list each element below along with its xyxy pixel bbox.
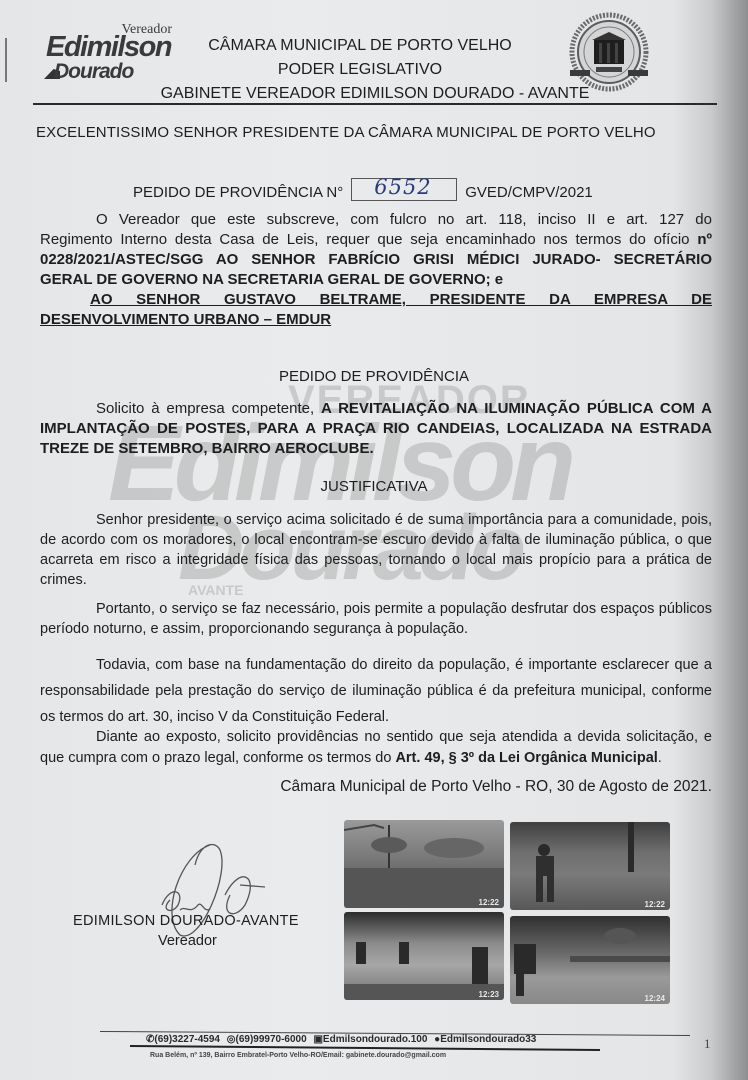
paragraph-line: de acordo com os moradores, o local enco… (40, 530, 712, 550)
justification-paragraph-1: Senhor presidente, o serviço acima solic… (40, 510, 712, 590)
paragraph-line: Senhor presidente, o serviço acima solic… (40, 510, 712, 530)
addressee: EXCELENTISSIMO SENHOR PRESIDENTE DA CÂMA… (36, 124, 656, 141)
photo-man-in-park: 12:22 (510, 822, 670, 910)
logo-name2: Dourado (54, 60, 133, 84)
intro-line: O Vereador que este subscreve, com fulcr… (40, 210, 712, 230)
section-title-justificativa: JUSTIFICATIVA (0, 478, 748, 495)
request-number: 6552 (374, 175, 431, 199)
footer-divider-2 (130, 1045, 600, 1051)
intro-line-underlined: AO SENHOR GUSTAVO BELTRAME, PRESIDENTE D… (90, 291, 712, 308)
request-label: PEDIDO DE PROVIDÊNCIA N° (133, 184, 343, 201)
date-line: Câmara Municipal de Porto Velho - RO, 30… (280, 778, 712, 796)
paragraph-line: responsabilidade pela prestação do servi… (40, 678, 712, 704)
closing-paragraph: Diante ao exposto, solicito providências… (40, 727, 712, 769)
photo-timestamp: 12:23 (479, 990, 499, 999)
scan-edge-mark (5, 38, 7, 82)
paragraph-line: que cumpra com o prazo legal, conforme o… (40, 748, 712, 769)
request-suffix: GVED/CMPV/2021 (465, 184, 593, 201)
footer-contacts: ✆(69)3227-4594 ◎(69)99970-6000 ▣Edmilson… (146, 1034, 536, 1045)
justification-paragraph-3: Todavia, com base na fundamentação do di… (40, 652, 712, 730)
paragraph-line: Diante ao exposto, solicito providências… (40, 727, 712, 748)
pedido-line: TREZE DE SETEMBRO, BAIRRO AEROCLUBE. (40, 439, 712, 459)
document-page: Vereador Edimilson Dourado CÂMARA MUNICI… (0, 0, 748, 1080)
header-legislative: PODER LEGISLATIVO (130, 61, 590, 79)
paragraph-line: acarreta em risco a integridade física d… (40, 550, 712, 570)
intro-line: 0228/2021/ASTEC/SGG AO SENHOR FABRÍCIO G… (40, 250, 712, 270)
paragraph-line: Portanto, o serviço se faz necessário, p… (40, 599, 712, 619)
intro-line: Regimento Interno desta Casa de Leis, re… (40, 230, 712, 250)
photo-park-daytime: 12:22 (344, 820, 504, 908)
header-office: GABINETE VEREADOR EDIMILSON DOURADO - AV… (150, 85, 600, 103)
photo-sports-field: 12:24 (510, 916, 670, 1004)
intro-line: GERAL DE GOVERNO NA SECRETARIA GERAL DE … (40, 270, 712, 290)
photo-timestamp: 12:24 (645, 994, 665, 1003)
footer-whatsapp: (69)99970-6000 (236, 1034, 307, 1045)
closing-end: . (658, 750, 662, 766)
people-scene-icon (344, 912, 504, 1000)
photo-people-field: 12:23 (344, 912, 504, 1000)
pedido-line: Solicito à empresa competente, A REVITAL… (40, 399, 712, 419)
signer-name: EDIMILSON DOURADO-AVANTE (73, 913, 299, 929)
paragraph-line: crimes. (40, 570, 712, 590)
instagram-icon: ▣ (313, 1034, 322, 1045)
pedido-bold: A REVITALIAÇÃO NA ILUMINAÇÃO PÚBLICA COM… (321, 400, 712, 417)
page-number: 1 (704, 1036, 711, 1052)
paragraph-line: período noturno, e assim, proporcionando… (40, 619, 712, 639)
footer-instagram: Edmilsondourado.100 (323, 1034, 427, 1045)
signer-role: Vereador (158, 933, 217, 949)
footer-address: Rua Belém, nº 139, Bairro Embratel-Porto… (150, 1052, 446, 1059)
intro-paragraph: O Vereador que este subscreve, com fulcr… (40, 210, 712, 330)
intro-line-bold: nº (697, 231, 712, 248)
photo-timestamp: 12:22 (479, 898, 499, 907)
section-title-pedido: PEDIDO DE PROVIDÊNCIA (0, 368, 748, 385)
header-divider (33, 103, 717, 105)
footer-phone: (69)3227-4594 (154, 1034, 220, 1045)
closing-plain: que cumpra com o prazo legal, conforme o… (40, 750, 391, 766)
tree-scene-icon (344, 820, 504, 908)
intro-line-text: Regimento Interno desta Casa de Leis, re… (40, 231, 690, 248)
closing-bold-law: Art. 49, § 3º da Lei Orgânica Municipal (395, 750, 657, 766)
field-scene-icon (510, 916, 670, 1004)
intro-line-underlined: DESENVOLVIMENTO URBANO – EMDUR (40, 311, 331, 328)
pedido-line: IMPLANTAÇÃO DE POSTES, PARA A PRAÇA RIO … (40, 419, 712, 439)
chamber-seal-icon (566, 12, 652, 98)
request-number-line: PEDIDO DE PROVIDÊNCIA N° 6552 GVED/CMPV/… (133, 181, 593, 204)
footer-facebook: Edmilsondourado33 (440, 1034, 536, 1045)
photo-timestamp: 12:22 (645, 900, 665, 909)
whatsapp-icon: ◎ (227, 1034, 236, 1045)
person-scene-icon (510, 822, 670, 910)
request-number-box: 6552 (351, 178, 457, 201)
paragraph-line: Todavia, com base na fundamentação do di… (40, 652, 712, 678)
pedido-lead: Solicito à empresa competente, (96, 400, 314, 417)
pedido-paragraph: Solicito à empresa competente, A REVITAL… (40, 399, 712, 459)
header-chamber-name: CÂMARA MUNICIPAL DE PORTO VELHO (130, 37, 590, 55)
justification-paragraph-2: Portanto, o serviço se faz necessário, p… (40, 599, 712, 639)
photo-evidence-grid: 12:22 12:22 12:23 (342, 818, 680, 1010)
